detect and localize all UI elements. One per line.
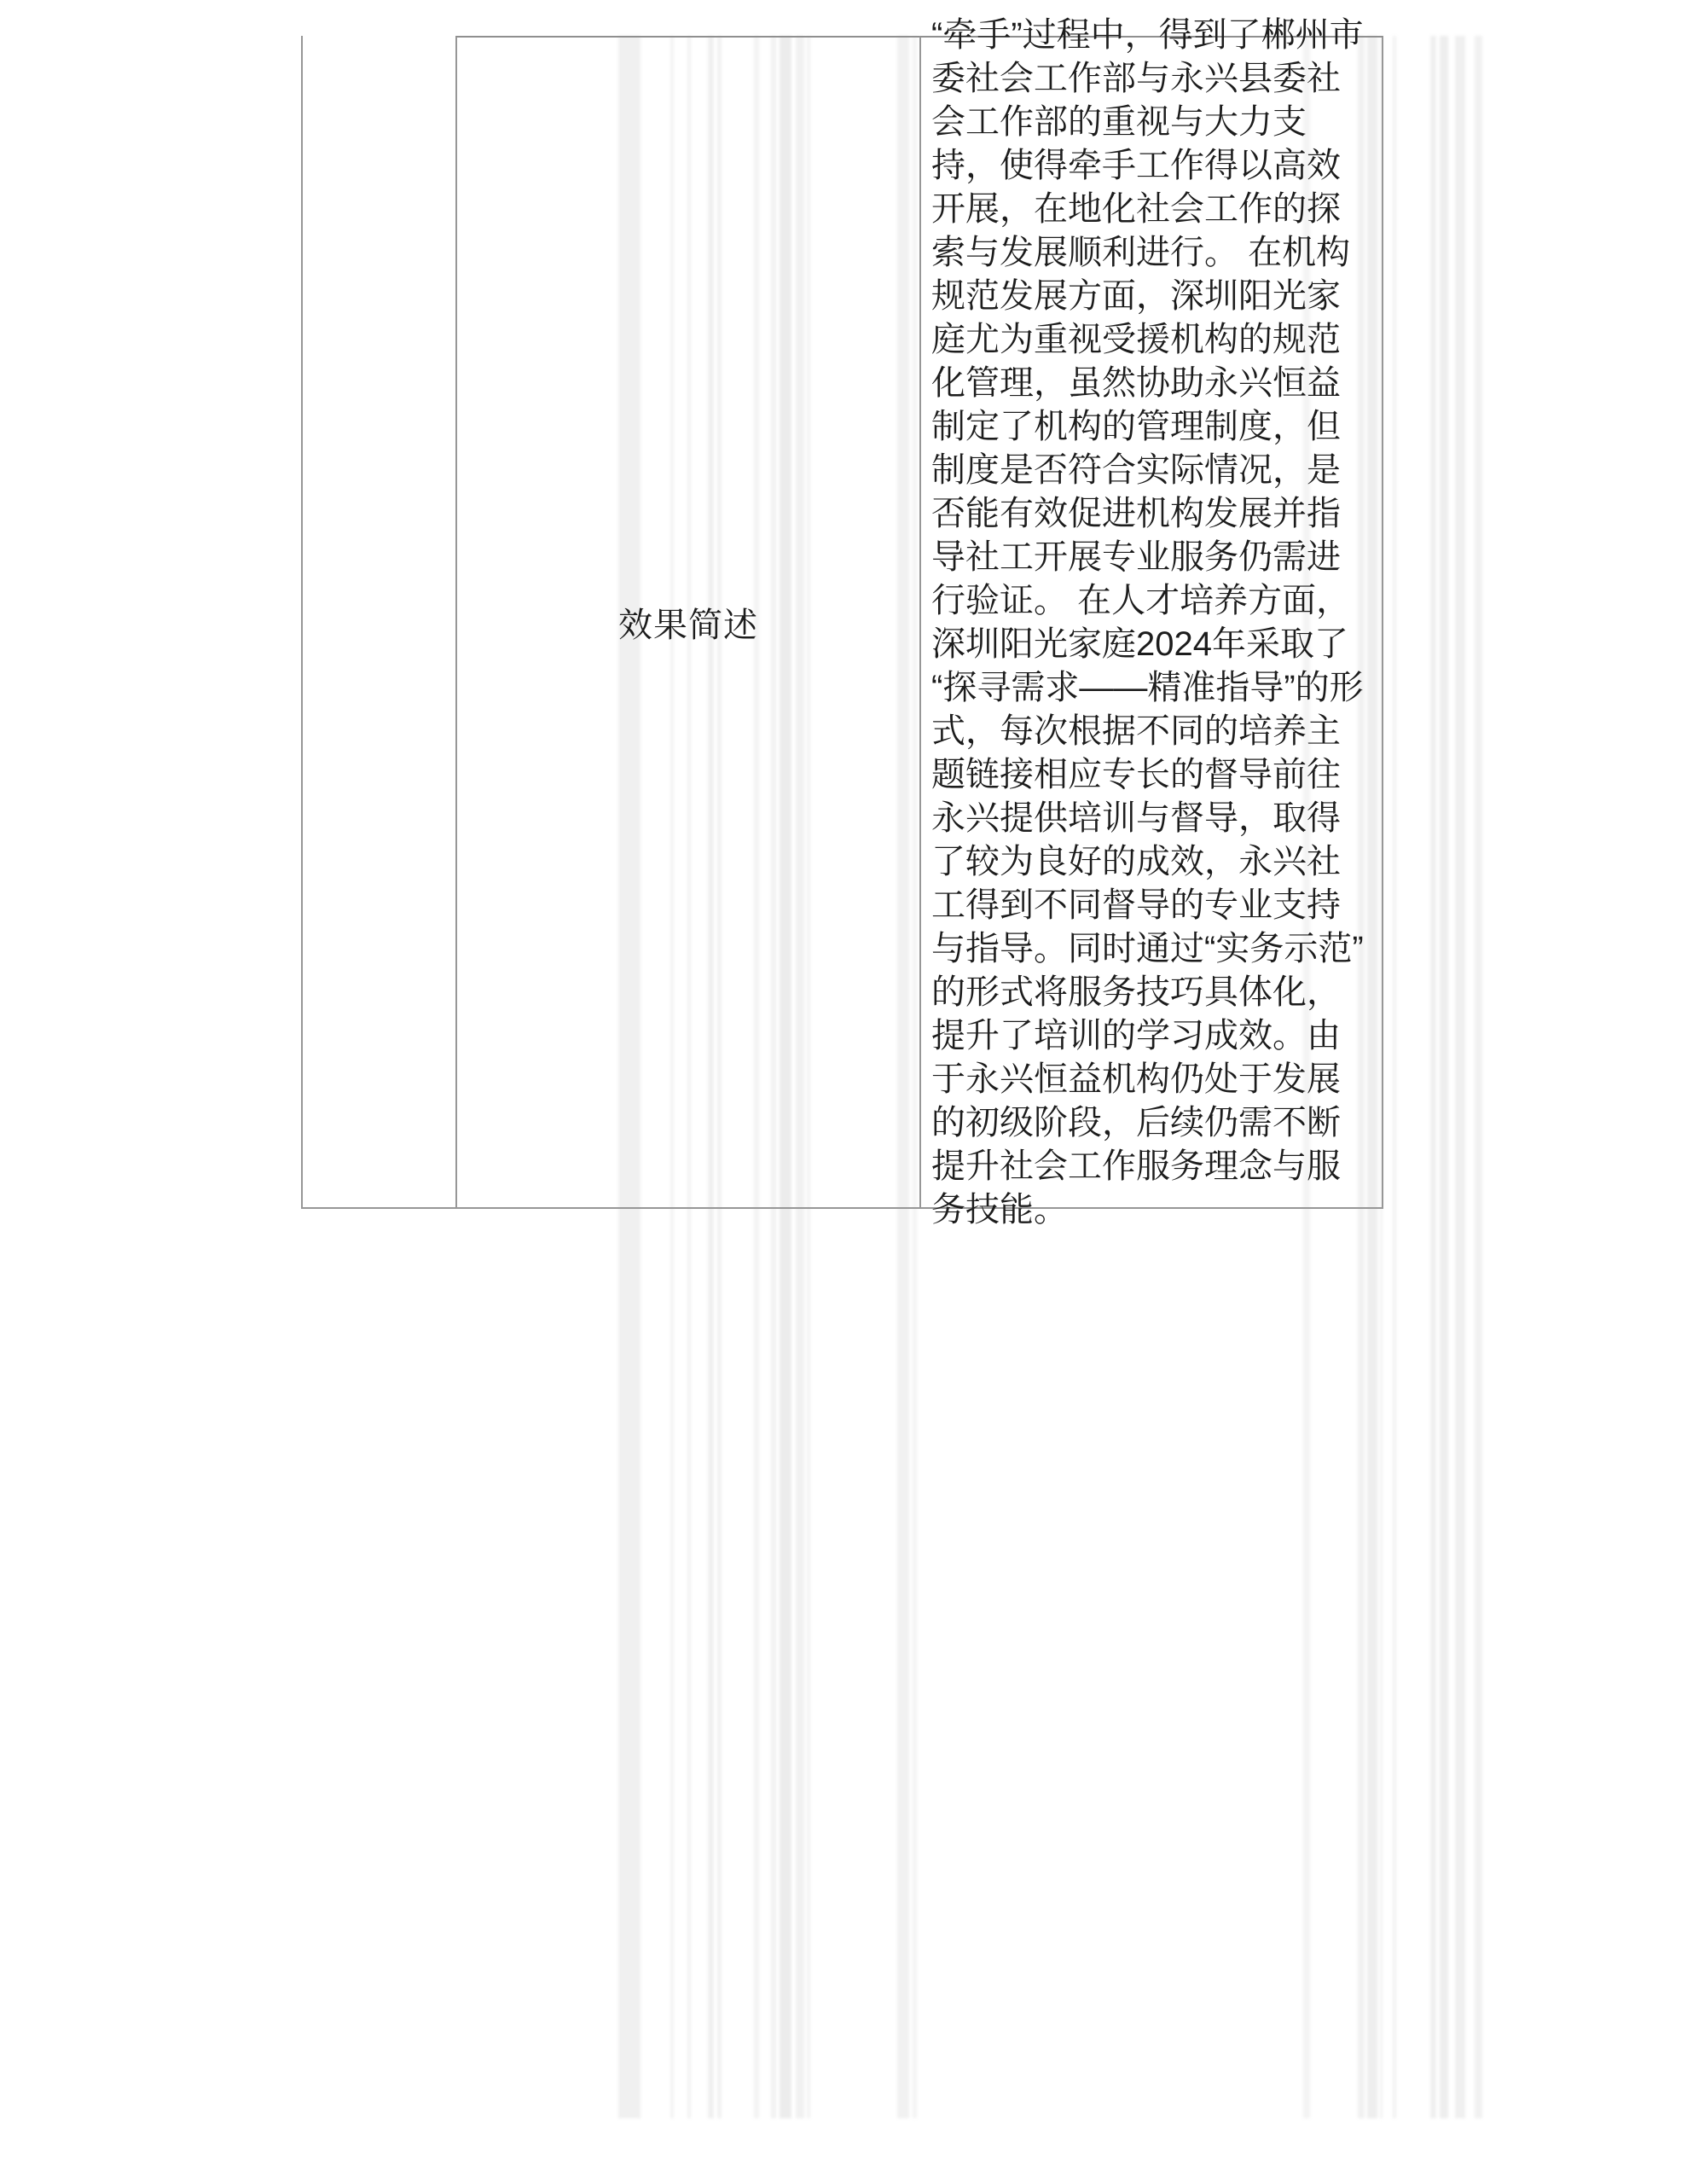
content-cell: “牵手”过程中，得到了郴州市委社会工作部与永兴县委社会工作部的重视与大力支持，使… [919, 36, 1383, 1209]
background-stripe [1393, 36, 1396, 2118]
background-stripe [1475, 36, 1482, 2118]
document-page: 效果简述 “牵手”过程中，得到了郴州市委社会工作部与永兴县委社会工作部的重视与大… [0, 0, 1687, 2184]
effect-summary-paragraph: “牵手”过程中，得到了郴州市委社会工作部与永兴县委社会工作部的重视与大力支持，使… [921, 14, 1382, 1232]
effect-summary-label: 效果简述 [618, 598, 758, 647]
label-cell: 效果简述 [455, 36, 919, 1209]
background-stripe [1430, 36, 1436, 2118]
background-stripe [1440, 36, 1448, 2118]
merged-cell-left [301, 36, 455, 1209]
background-stripe [1455, 36, 1465, 2118]
